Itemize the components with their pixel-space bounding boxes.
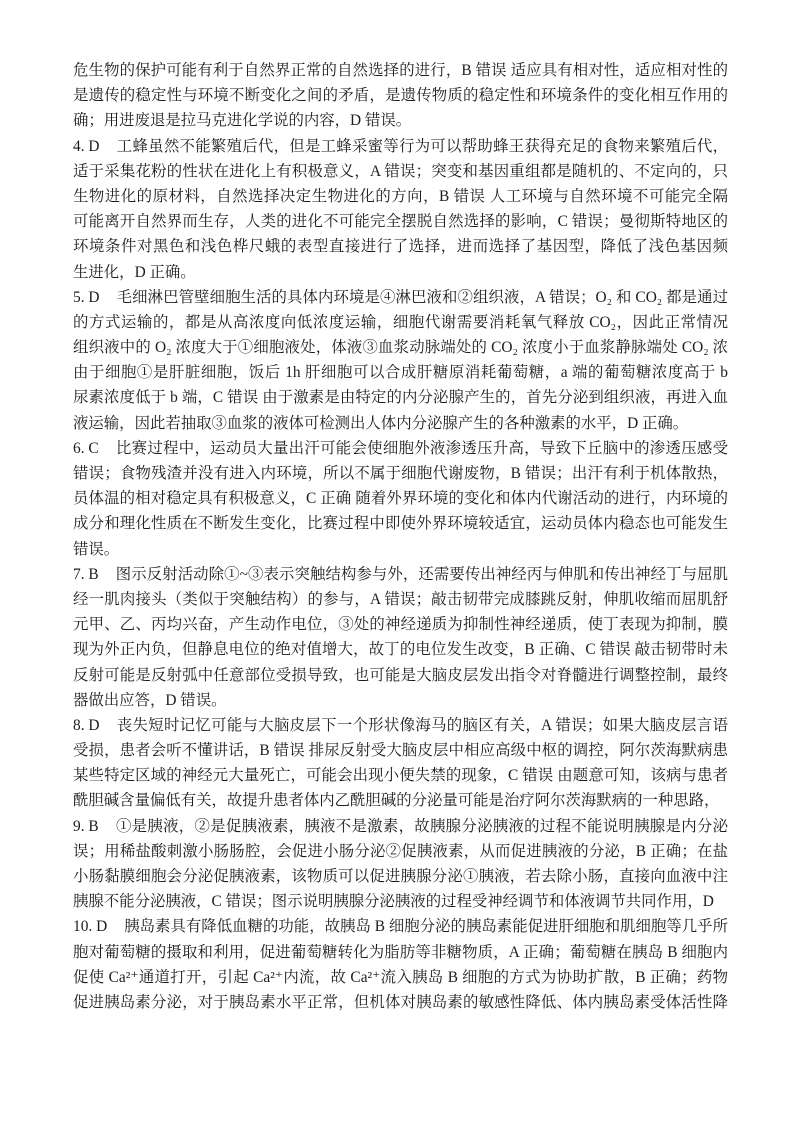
text-line: 错误。 — [73, 537, 728, 562]
text-line: 尿素浓度低于 b 端，C 错误 由于激素是由特定的内分泌腺产生的，首先分泌到组织… — [73, 385, 728, 410]
text-line: 生物进化的原材料，自然选择决定生物进化的方向，B 错误 人工环境与自然环境不可能… — [73, 184, 728, 209]
answer-item: 4. D工蜂虽然不能繁殖后代，但是工蜂采蜜等行为可以帮助蜂王获得充足的食物来繁殖… — [73, 134, 728, 285]
explanation-text: 比赛过程中，运动员大量出汗可能会使细胞外液渗透压升高，导致下丘脑中的渗透压感受器… — [73, 440, 728, 461]
text-line: 成分和理化性质在不断发生变化，比赛过程中即使外界环境较适宜，运动员体内稳态也可能… — [73, 511, 728, 536]
text-line: 8. D丧失短时记忆可能与大脑皮层下一个形状像海马的脑区有关，A 错误；如果大脑… — [73, 713, 728, 738]
explanation-text: 液运输，因此若抽取③血浆的液体可检测出人体内分泌腺产生的各种激素的水平，D 正确… — [73, 415, 688, 432]
explanation-text: 错误；食物残渣并没有进入内环境，所以不属于细胞代谢废物，B 错误；出汗有利于机体… — [73, 465, 728, 486]
text-line: 10. D胰岛素具有降低血糖的功能，故胰岛 B 细胞分泌的胰岛素能促进肝细胞和肌… — [73, 914, 728, 939]
text-line: 9. B①是胰液，②是促胰液素，胰液不是激素，故胰腺分泌胰液的过程不能说明胰腺是… — [73, 814, 728, 839]
text-line: 可能离开自然界而生存，人类的进化不可能完全摆脱自然选择的影响，C 错误；曼彻斯特… — [73, 209, 728, 234]
explanation-text: 可能离开自然界而生存，人类的进化不可能完全摆脱自然选择的影响，C 错误；曼彻斯特… — [73, 213, 728, 234]
explanation-text: 胰岛素具有降低血糖的功能，故胰岛 B 细胞分泌的胰岛素能促进肝细胞和肌细胞等几乎… — [73, 918, 728, 939]
text-line: 器做出应答，D 错误。 — [73, 688, 728, 713]
explanation-text: 员体温的相对稳定具有积极意义，C 正确 随着外界环境的变化和体内代谢活动的进行，… — [73, 490, 728, 511]
explanation-text: 是遗传的稳定性与环境不断变化之间的矛盾，是遗传物质的稳定性和环境条件的变化相互作… — [73, 87, 728, 108]
explanation-text: 促使 Ca²⁺通道打开，引起 Ca²⁺内流，故 Ca²⁺流入胰岛 B 细胞的方式… — [73, 969, 728, 990]
answer-item: 9. B①是胰液，②是促胰液素，胰液不是激素，故胰腺分泌胰液的过程不能说明胰腺是… — [73, 814, 728, 915]
text-line: 4. D工蜂虽然不能繁殖后代，但是工蜂采蜜等行为可以帮助蜂王获得充足的食物来繁殖… — [73, 134, 728, 159]
answer-number-label: 10. D — [73, 914, 107, 939]
explanation-text: 反射可能是反射弧中任意部位受损导致，也可能是大脑皮层发出指令对脊髓进行调整控制，… — [73, 667, 728, 688]
text-line: 经一肌肉接头（类似于突触结构）的参与，A 错误；敲击韧带完成膝跳反射，伸肌收缩而… — [73, 587, 728, 612]
explanation-text: 酰胆碱含量偏低有关，故提升患者体内乙酰胆碱的分泌量可能是治疗阿尔茨海默病的一种思… — [73, 792, 719, 813]
answer-number-label: 9. B — [73, 814, 99, 839]
text-line: 由于细胞①是肝脏细胞，饭后 1h 肝细胞可以合成肝糖原消耗葡萄糖，a 端的葡萄糖… — [73, 360, 728, 385]
explanation-text: ①是胰液，②是促胰液素，胰液不是激素，故胰腺分泌胰液的过程不能说明胰腺是内分泌腺… — [73, 818, 728, 839]
text-line: 是遗传的稳定性与环境不断变化之间的矛盾，是遗传物质的稳定性和环境条件的变化相互作… — [73, 83, 728, 108]
explanation-text: 经一肌肉接头（类似于突触结构）的参与，A 错误；敲击韧带完成膝跳反射，伸肌收缩而… — [73, 591, 728, 612]
text-line: 胰腺不能分泌胰液，C 错误；图示说明胰腺分泌胰液的过程受神经调节和体液调节共同作… — [73, 889, 728, 914]
explanation-text: 危生物的保护可能有利于自然界正常的自然选择的进行，B 错误 适应具有相对性，适应… — [73, 62, 728, 83]
text-line: 环境条件对黑色和浅色桦尺蛾的表型直接进行了选择，进而选择了基因型，降低了浅色基因… — [73, 234, 728, 259]
text-line: 5. D毛细淋巴管壁细胞生活的具体内环境是④淋巴液和②组织液，A 错误；O₂ 和… — [73, 285, 728, 310]
explanation-text: 图示反射活动除①~③表示突触结构参与外，还需要传出神经丙与伸肌和传出神经丁与屈肌… — [73, 566, 728, 587]
answer-number-label: 7. B — [73, 562, 99, 587]
explanation-text: 受损，患者会听不懂讲话，B 错误 排尿反射受大脑皮层中相应高级中枢的调控，阿尔茨… — [73, 742, 728, 763]
text-line: 组织液中的 O₂ 浓度大于①细胞液处，体液③血浆动脉端处的 CO₂ 浓度小于血浆… — [73, 335, 728, 360]
answer-item-continued: 危生物的保护可能有利于自然界正常的自然选择的进行，B 错误 适应具有相对性，适应… — [73, 58, 728, 134]
text-line: 适于采集花粉的性状在进化上有积极意义，A 错误；突变和基因重组都是随机的、不定向… — [73, 159, 728, 184]
text-line: 受损，患者会听不懂讲话，B 错误 排尿反射受大脑皮层中相应高级中枢的调控，阿尔茨… — [73, 738, 728, 763]
text-line: 7. B图示反射活动除①~③表示突触结构参与外，还需要传出神经丙与伸肌和传出神经… — [73, 562, 728, 587]
text-line: 危生物的保护可能有利于自然界正常的自然选择的进行，B 错误 适应具有相对性，适应… — [73, 58, 728, 83]
answer-number-label: 5. D — [73, 285, 100, 310]
text-line: 反射可能是反射弧中任意部位受损导致，也可能是大脑皮层发出指令对脊髓进行调整控制，… — [73, 663, 728, 688]
explanation-text: 工蜂虽然不能繁殖后代，但是工蜂采蜜等行为可以帮助蜂王获得充足的食物来繁殖后代，因… — [73, 138, 728, 159]
explanation-text: 环境条件对黑色和浅色桦尺蛾的表型直接进行了选择，进而选择了基因型，降低了浅色基因… — [73, 238, 728, 259]
answer-number-label: 6. C — [73, 436, 99, 461]
text-line: 现为外正内负，但静息电位的绝对值增大，故丁的电位发生改变，B 正确、C 错误 敲… — [73, 637, 728, 662]
text-line: 酰胆碱含量偏低有关，故提升患者体内乙酰胆碱的分泌量可能是治疗阿尔茨海默病的一种思… — [73, 788, 728, 813]
answer-explanations-page: 危生物的保护可能有利于自然界正常的自然选择的进行，B 错误 适应具有相对性，适应… — [73, 58, 728, 1015]
answer-item: 5. D毛细淋巴管壁细胞生活的具体内环境是④淋巴液和②组织液，A 错误；O₂ 和… — [73, 285, 728, 436]
explanation-text: 毛细淋巴管壁细胞生活的具体内环境是④淋巴液和②组织液，A 错误；O₂ 和 CO₂… — [73, 289, 728, 310]
text-line: 生进化，D 正确。 — [73, 260, 728, 285]
explanation-text: 元甲、乙、丙均兴奋，产生动作电位，③处的神经递质为抑制性神经递质，使丁表现为抑制… — [73, 616, 728, 637]
explanation-text: 组织液中的 O₂ 浓度大于①细胞液处，体液③血浆动脉端处的 CO₂ 浓度小于血浆… — [73, 339, 728, 360]
text-line: 元甲、乙、丙均兴奋，产生动作电位，③处的神经递质为抑制性神经递质，使丁表现为抑制… — [73, 612, 728, 637]
text-line: 液运输，因此若抽取③血浆的液体可检测出人体内分泌腺产生的各种激素的水平，D 正确… — [73, 411, 728, 436]
answer-item: 8. D丧失短时记忆可能与大脑皮层下一个形状像海马的脑区有关，A 错误；如果大脑… — [73, 713, 728, 814]
explanation-text: 成分和理化性质在不断发生变化，比赛过程中即使外界环境较适宜，运动员体内稳态也可能… — [73, 515, 728, 536]
explanation-text: 生进化，D 正确。 — [73, 264, 196, 281]
explanation-text: 尿素浓度低于 b 端，C 错误 由于激素是由特定的内分泌腺产生的，首先分泌到组织… — [73, 389, 728, 410]
text-line: 某些特定区域的神经元大量死亡，可能会出现小便失禁的现象，C 错误 由题意可知，该… — [73, 763, 728, 788]
explanation-text: 胰腺不能分泌胰液，C 错误；图示说明胰腺分泌胰液的过程受神经调节和体液调节共同作… — [73, 893, 714, 914]
text-line: 员体温的相对稳定具有积极意义，C 正确 随着外界环境的变化和体内代谢活动的进行，… — [73, 486, 728, 511]
text-line: 6. C比赛过程中，运动员大量出汗可能会使细胞外液渗透压升高，导致下丘脑中的渗透… — [73, 436, 728, 461]
explanation-text: 丧失短时记忆可能与大脑皮层下一个形状像海马的脑区有关，A 错误；如果大脑皮层言语… — [73, 717, 728, 738]
answer-item: 10. D胰岛素具有降低血糖的功能，故胰岛 B 细胞分泌的胰岛素能促进肝细胞和肌… — [73, 914, 728, 1015]
text-line: 促使 Ca²⁺通道打开，引起 Ca²⁺内流，故 Ca²⁺流入胰岛 B 细胞的方式… — [73, 965, 728, 990]
answer-item: 7. B图示反射活动除①~③表示突触结构参与外，还需要传出神经丙与伸肌和传出神经… — [73, 562, 728, 713]
explanation-text: 的方式运输的，都是从高浓度向低浓度运输，细胞代谢需要消耗氧气释放 CO₂，因此正… — [73, 314, 728, 335]
explanation-text: 错误。 — [73, 541, 119, 558]
text-line: 错误；食物残渣并没有进入内环境，所以不属于细胞代谢废物，B 错误；出汗有利于机体… — [73, 461, 728, 486]
explanation-text: 某些特定区域的神经元大量死亡，可能会出现小便失禁的现象，C 错误 由题意可知，该… — [73, 767, 728, 788]
explanation-text: 现为外正内负，但静息电位的绝对值增大，故丁的电位发生改变，B 正确、C 错误 敲… — [73, 641, 728, 662]
text-line: 胞对葡萄糖的摄取和利用，促进葡萄糖转化为脂肪等非糖物质，A 正确；葡萄糖在胰岛 … — [73, 940, 728, 965]
text-line: 促进胰岛素分泌，对于胰岛素水平正常，但机体对胰岛素的敏感性降低、体内胰岛素受体活… — [73, 990, 728, 1015]
explanation-text: 适于采集花粉的性状在进化上有积极意义，A 错误；突变和基因重组都是随机的、不定向… — [73, 163, 728, 184]
explanation-text: 促进胰岛素分泌，对于胰岛素水平正常，但机体对胰岛素的敏感性降低、体内胰岛素受体活… — [73, 994, 728, 1015]
explanation-text: 器做出应答，D 错误。 — [73, 692, 226, 709]
explanation-text: 确；用进废退是拉马克进化学说的内容，D 错误。 — [73, 112, 411, 129]
answer-number-label: 8. D — [73, 713, 100, 738]
explanation-text: 误；用稀盐酸刺激小肠肠腔，会促进小肠分泌②促胰液素，从而促进胰液的分泌，B 正确… — [73, 843, 728, 864]
explanation-text: 生物进化的原材料，自然选择决定生物进化的方向，B 错误 人工环境与自然环境不可能… — [73, 188, 728, 209]
explanation-text: 小肠黏膜细胞会分泌促胰液素，该物质可以促进胰腺分泌①胰液，若去除小肠，直接向血液… — [73, 868, 728, 889]
text-line: 小肠黏膜细胞会分泌促胰液素，该物质可以促进胰腺分泌①胰液，若去除小肠，直接向血液… — [73, 864, 728, 889]
answer-item: 6. C比赛过程中，运动员大量出汗可能会使细胞外液渗透压升高，导致下丘脑中的渗透… — [73, 436, 728, 562]
text-line: 的方式运输的，都是从高浓度向低浓度运输，细胞代谢需要消耗氧气释放 CO₂，因此正… — [73, 310, 728, 335]
text-line: 确；用进废退是拉马克进化学说的内容，D 错误。 — [73, 108, 728, 133]
text-line: 误；用稀盐酸刺激小肠肠腔，会促进小肠分泌②促胰液素，从而促进胰液的分泌，B 正确… — [73, 839, 728, 864]
answer-number-label: 4. D — [73, 134, 100, 159]
explanation-text: 由于细胞①是肝脏细胞，饭后 1h 肝细胞可以合成肝糖原消耗葡萄糖，a 端的葡萄糖… — [73, 364, 728, 385]
explanation-text: 胞对葡萄糖的摄取和利用，促进葡萄糖转化为脂肪等非糖物质，A 正确；葡萄糖在胰岛 … — [73, 944, 728, 965]
